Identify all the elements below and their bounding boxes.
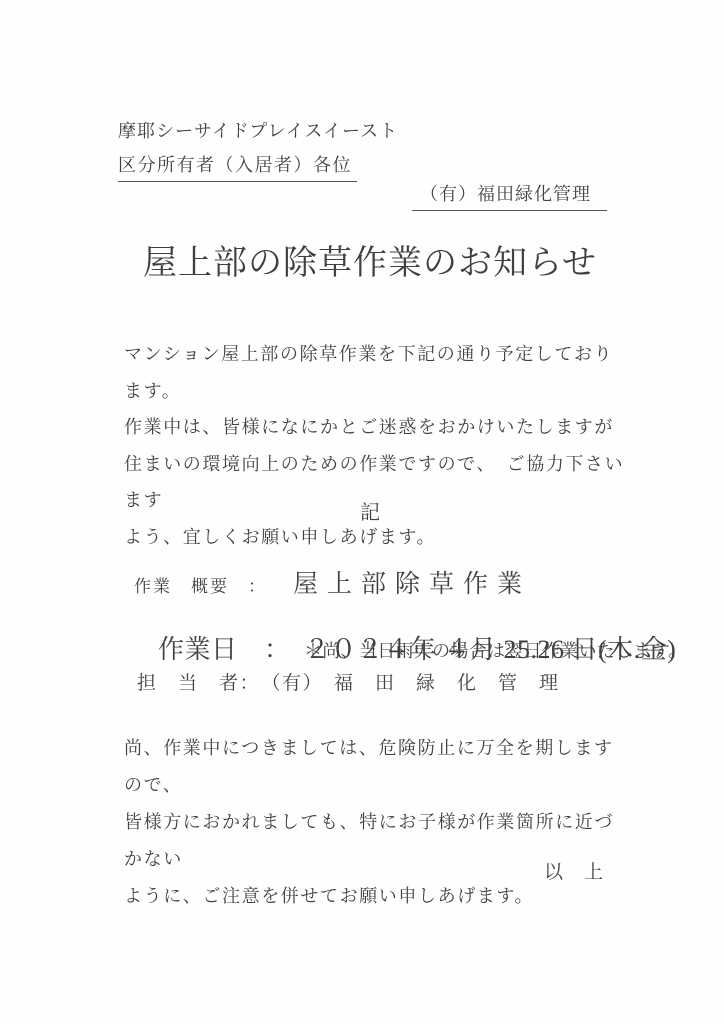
record-marker: 記 xyxy=(0,498,724,528)
staff-in-charge-row: 担 当 者： （有） 福 田 緑 化 管 理 xyxy=(137,670,560,698)
scanned-notice-document: 摩耶シーサイドプレイスイースト 区分所有者（入居者）各位 （有）福田緑化管理 屋… xyxy=(0,0,724,1024)
recipient-building-name: 摩耶シーサイドプレイスイースト xyxy=(118,118,398,144)
intro-line-2: 作業中は、皆様になにかとご迷惑をおかけいたしますが xyxy=(124,409,629,446)
closing-line-1: 尚、作業中につきましては、危険防止に万全を期しますので、 xyxy=(124,730,629,804)
rain-contingency-note: ＊尚、当日雨天の場合は翌日作業いたします。 xyxy=(304,638,687,664)
closing-paragraph: 尚、作業中につきましては、危険防止に万全を期しますので、 皆様方におかれましても… xyxy=(124,730,629,915)
work-overview-value: 屋上部除草作業 xyxy=(293,564,531,600)
work-date-label: 作業日 ： xyxy=(158,635,304,664)
notice-title: 屋上部の除草作業のお知らせ xyxy=(0,240,724,288)
work-overview-label: 作業 概要 ： xyxy=(134,572,267,597)
intro-line-1: マンション屋上部の除草作業を下記の通り予定しております。 xyxy=(124,336,629,409)
sender-company: （有）福田緑化管理 xyxy=(412,182,607,211)
work-overview-row: 作業 概要 ： 屋上部除草作業 xyxy=(134,564,531,600)
recipient-addressee: 区分所有者（入居者）各位 xyxy=(118,152,357,182)
end-marker: 以 上 xyxy=(544,860,604,886)
